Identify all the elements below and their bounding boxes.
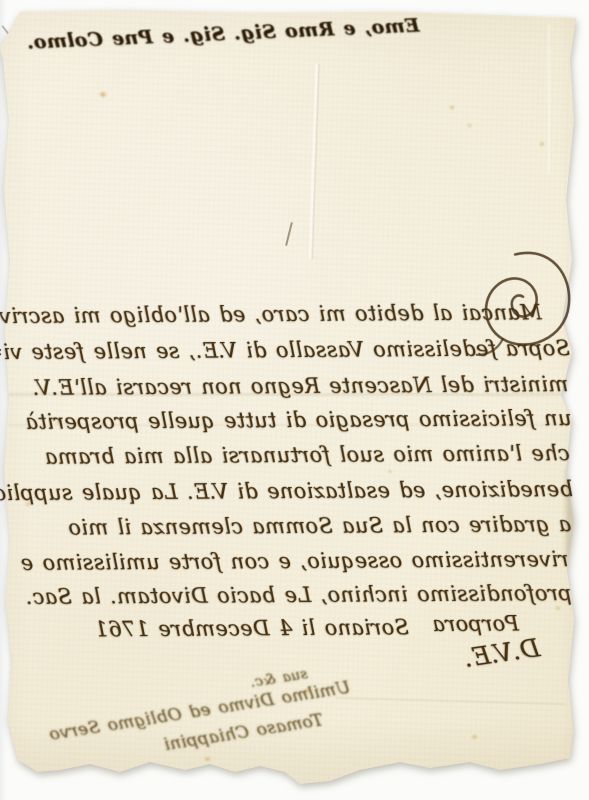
signoff-initials: D.V.E. (462, 633, 542, 673)
address-mirror: sua &c. Umilmo Divmo ed Obligmo Servo To… (7, 660, 362, 800)
signoff-porpora: Porpora (432, 611, 519, 636)
body-line-2: Sopra fedelissimo Vassallo di V.E., se n… (0, 336, 570, 364)
salutation-line: Emo, e Rmo Sig. Sig. e Pne Colmo. (27, 14, 420, 53)
body-line-3: ministri del Nascente Regno non recarsi … (32, 372, 568, 400)
body-line-1: Mancai al debito mi caro, ed all'obligo … (0, 300, 542, 328)
body-mirror: Mancai al debito mi caro, ed all'obligo … (20, 296, 575, 680)
ink-layer: Emo, e Rmo Sig. Sig. e Pne Colmo. Mancai… (0, 0, 589, 800)
body-line-8: riverentissimo ossequio, e con forte umi… (21, 547, 569, 575)
heading-wrap: Emo, e Rmo Sig. Sig. e Pne Colmo. (69, 6, 423, 77)
signoff-dateline: Soriano li 4 Decembre 1761 (94, 615, 409, 641)
scanned-letter-verso: Emo, e Rmo Sig. Sig. e Pne Colmo. Mancai… (0, 0, 589, 800)
address-wrap: sua &c. Umilmo Divmo ed Obligmo Servo To… (7, 660, 362, 800)
body-wrap: Mancai al debito mi caro, ed all'obligo … (20, 296, 575, 680)
body-line-4: un felicissimo presagio di tutte quelle … (25, 406, 571, 434)
body-line-5: che l'animo mio suol fortunarsi alla mia… (45, 441, 570, 469)
body-line-6: benedizione, ed esaltazione di V.E. La q… (0, 477, 573, 505)
body-line-9: profondissimo inchino, Le bacio Divotam.… (25, 581, 571, 609)
heading-mirror: Emo, e Rmo Sig. Sig. e Pne Colmo. (69, 6, 423, 77)
body-line-7: a gradire con la Sua Somma clemenza il m… (68, 512, 571, 540)
